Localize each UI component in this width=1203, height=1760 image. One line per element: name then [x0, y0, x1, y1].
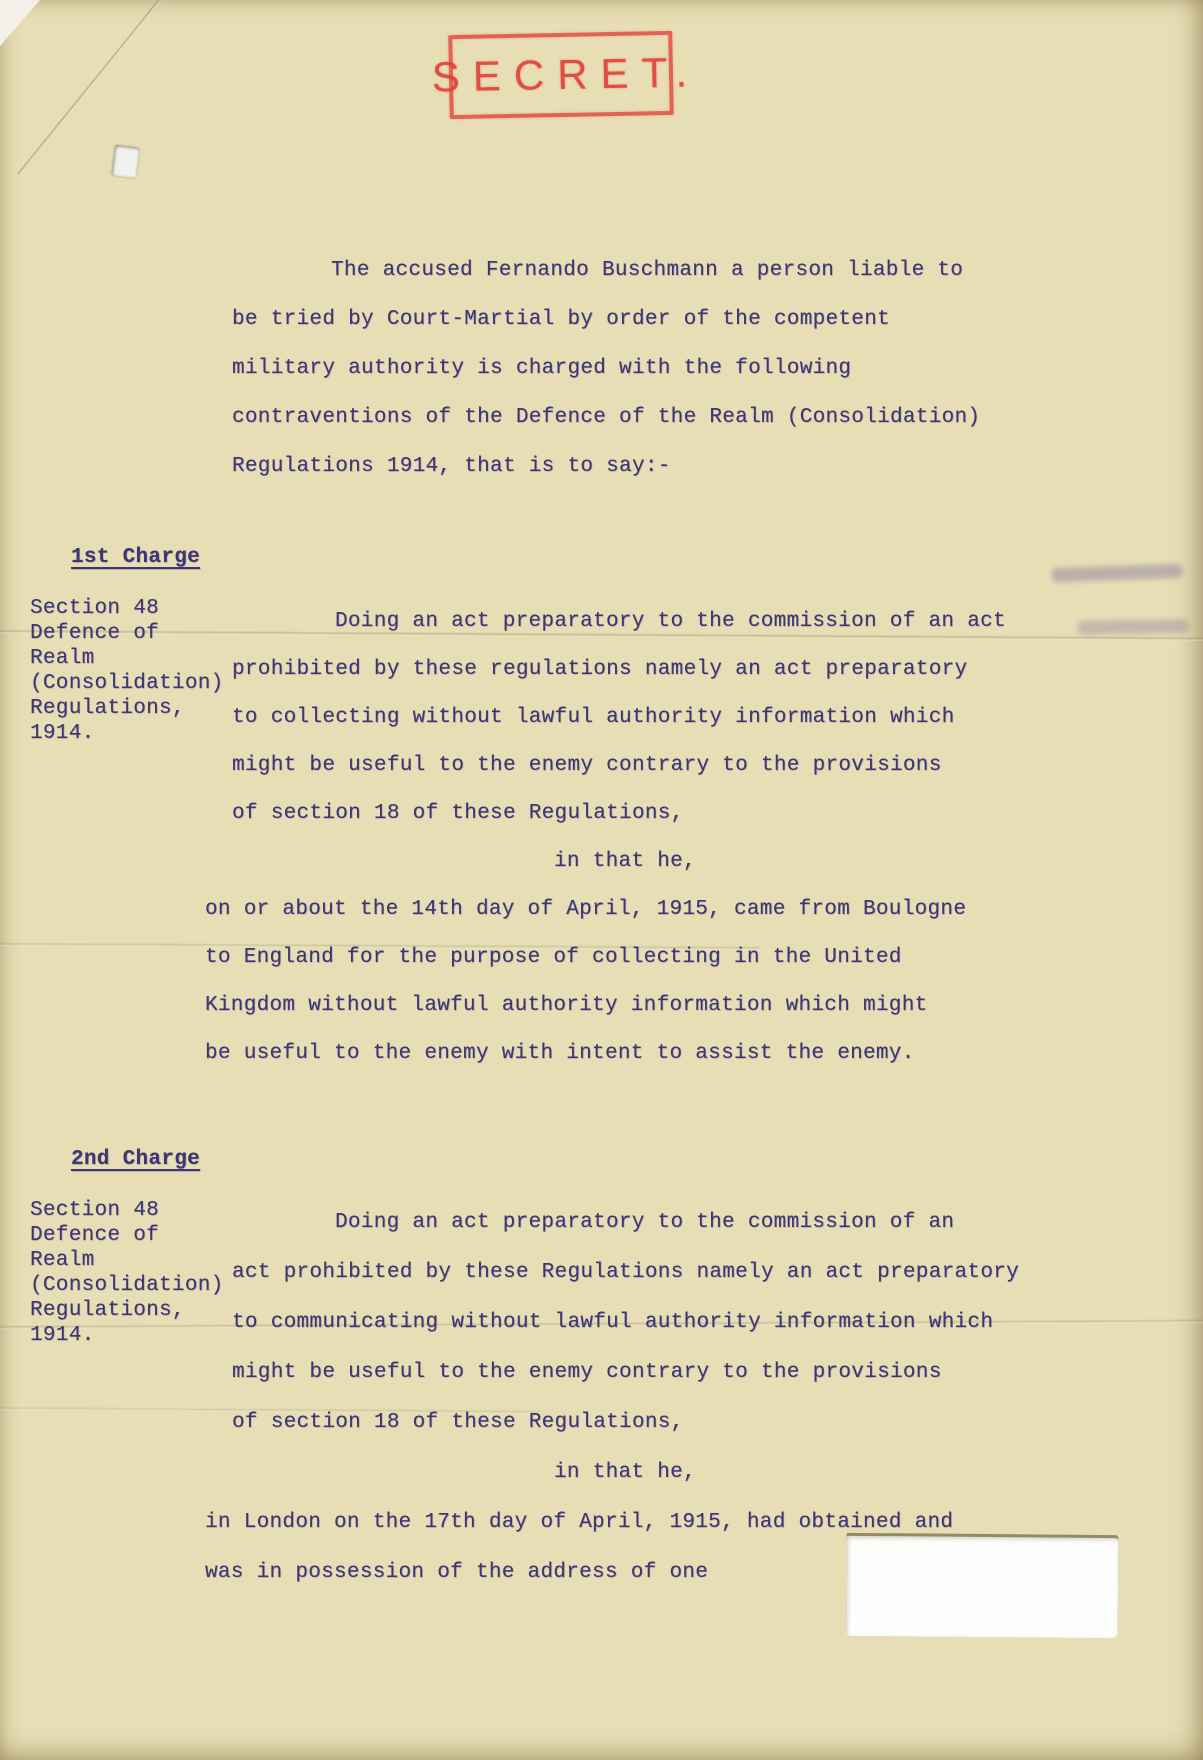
charge-2-heading: 2nd Charge	[71, 1148, 200, 1171]
charge-body-line: of section 18 of these Regulations,	[232, 790, 1092, 838]
fold-crease-topleft	[17, 0, 177, 176]
charge-body-line: to communicating without lawful authorit…	[232, 1298, 1092, 1348]
margin-note-line: Regulations,	[30, 1298, 224, 1323]
ink-smudge	[1052, 564, 1182, 583]
charge-body-line: Doing an act preparatory to the commissi…	[232, 1198, 1092, 1248]
charge-1-body: Doing an act preparatory to the commissi…	[232, 598, 1092, 1078]
secret-stamp-label: SECRET.	[421, 48, 700, 101]
margin-note-line: (Consolidation)	[30, 1273, 224, 1298]
charge-body-line: act prohibited by these Regulations name…	[232, 1248, 1092, 1298]
charge-connector: in that he,	[232, 1448, 1092, 1498]
intro-line: The accused Fernando Buschmann a person …	[232, 246, 1042, 295]
intro-line: contraventions of the Defence of the Rea…	[232, 393, 1042, 442]
margin-note-line: 1914.	[30, 721, 224, 746]
ink-smudge	[1078, 619, 1188, 635]
margin-note-line: 1914.	[30, 1323, 224, 1348]
margin-note-line: Regulations,	[30, 696, 224, 721]
margin-note-line: Defence of	[30, 1223, 224, 1248]
charge-body-line: to collecting without lawful authority i…	[232, 694, 1092, 742]
margin-note-line: Section 48	[30, 596, 224, 621]
margin-note-line: Realm	[30, 646, 224, 671]
punch-hole	[111, 145, 140, 179]
charge-body-line: on or about the 14th day of April, 1915,…	[205, 886, 1092, 934]
charge-body-line: Doing an act preparatory to the commissi…	[232, 598, 1092, 646]
charge-body-line: might be useful to the enemy contrary to…	[232, 1348, 1092, 1398]
charge-connector: in that he,	[232, 838, 1092, 886]
margin-note-line: Defence of	[30, 621, 224, 646]
intro-line: Regulations 1914, that is to say:-	[232, 442, 1042, 491]
redaction-cutout	[846, 1536, 1119, 1638]
charge-body-line: might be useful to the enemy contrary to…	[232, 742, 1092, 790]
charge-body-line: to England for the purpose of collecting…	[205, 934, 1092, 982]
charge-body-line: of section 18 of these Regulations,	[232, 1398, 1092, 1448]
secret-stamp: SECRET.	[448, 31, 674, 119]
intro-line: military authority is charged with the f…	[232, 344, 1042, 393]
margin-note-line: Section 48	[30, 1198, 224, 1223]
charge-2-margin-note: Section 48 Defence of Realm (Consolidati…	[30, 1198, 224, 1348]
document-page: SECRET. The accused Fernando Buschmann a…	[0, 0, 1203, 1760]
charge-1-margin-note: Section 48 Defence of Realm (Consolidati…	[30, 596, 224, 746]
margin-note-line: Realm	[30, 1248, 224, 1273]
charge-1-heading: 1st Charge	[71, 546, 200, 569]
intro-paragraph: The accused Fernando Buschmann a person …	[232, 246, 1042, 491]
margin-note-line: (Consolidation)	[30, 671, 224, 696]
intro-line: be tried by Court-Martial by order of th…	[232, 295, 1042, 344]
charge-body-line: be useful to the enemy with intent to as…	[205, 1030, 1092, 1078]
charge-body-line: prohibited by these regulations namely a…	[232, 646, 1092, 694]
corner-fold-gap	[0, 0, 40, 46]
charge-body-line: Kingdom without lawful authority informa…	[205, 982, 1092, 1030]
